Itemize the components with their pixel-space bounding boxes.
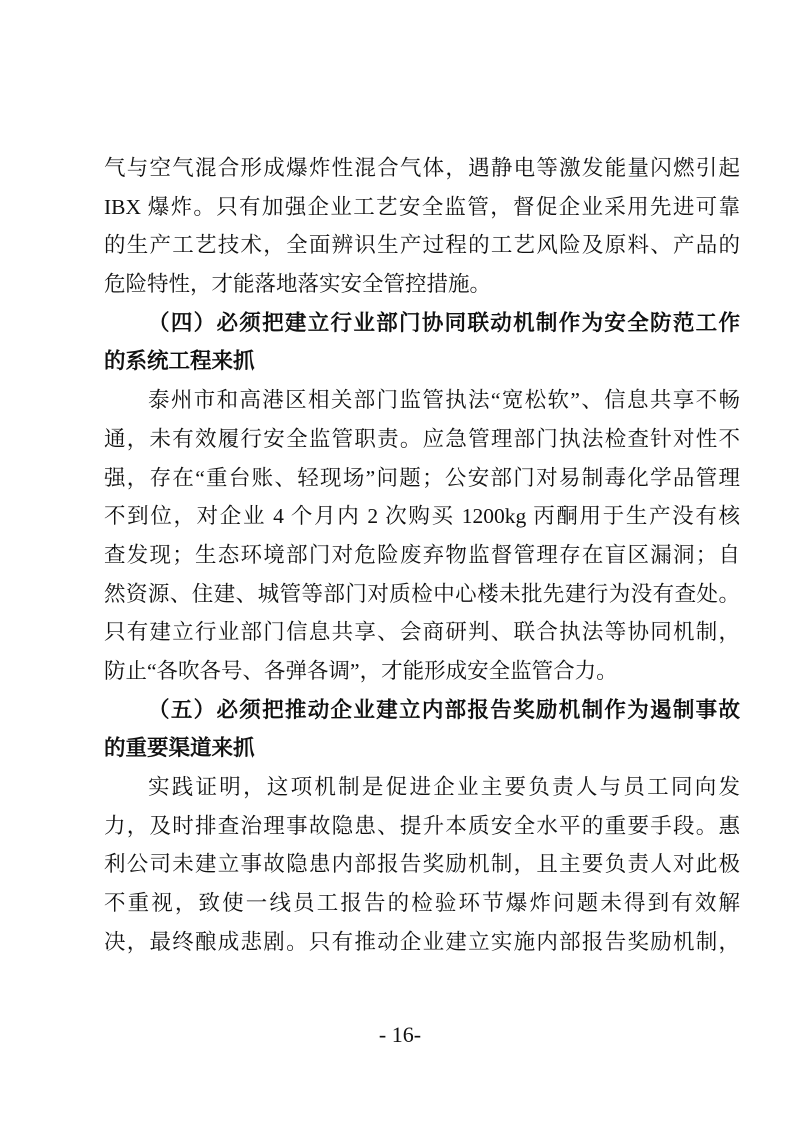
paragraph-line: 不到位，对企业 4 个月内 2 次购买 1200kg 丙酮用于生产没有核 bbox=[104, 497, 740, 536]
paragraph-line: 强，存在“重台账、轻现场”问题；公安部门对易制毒化学品管理 bbox=[104, 459, 740, 498]
paragraph-line: 然资源、住建、城管等部门对质检中心楼未批先建行为没有查处。 bbox=[104, 575, 740, 614]
document-page: 气与空气混合形成爆炸性混合气体，遇静电等激发能量闪燃引起IBX 爆炸。只有加强企… bbox=[0, 0, 800, 1131]
page-body-text: 气与空气混合形成爆炸性混合气体，遇静电等激发能量闪燃引起IBX 爆炸。只有加强企… bbox=[104, 149, 740, 961]
section-heading-line: （五）必须把推动企业建立内部报告奖励机制作为遏制事故 bbox=[104, 691, 740, 730]
page-number: - 16- bbox=[0, 1022, 800, 1048]
paragraph-line: 只有建立行业部门信息共享、会商研判、联合执法等协同机制， bbox=[104, 613, 740, 652]
paragraph-line: IBX 爆炸。只有加强企业工艺安全监管，督促企业采用先进可靠 bbox=[104, 188, 740, 227]
paragraph-line: 的生产工艺技术，全面辨识生产过程的工艺风险及原料、产品的 bbox=[104, 226, 740, 265]
paragraph-line: 决，最终酿成悲剧。只有推动企业建立实施内部报告奖励机制， bbox=[104, 923, 740, 962]
paragraph-line: 利公司未建立事故隐患内部报告奖励机制，且主要负责人对此极 bbox=[104, 845, 740, 884]
paragraph-line: 查发现；生态环境部门对危险废弃物监督管理存在盲区漏洞；自 bbox=[104, 536, 740, 575]
section-heading-line: 的重要渠道来抓 bbox=[104, 729, 740, 768]
paragraph-line: 防止“各吹各号、各弹各调”，才能形成安全监管合力。 bbox=[104, 652, 740, 691]
paragraph-line: 不重视，致使一线员工报告的检验环节爆炸问题未得到有效解 bbox=[104, 884, 740, 923]
paragraph-line: 危险特性，才能落地落实安全管控措施。 bbox=[104, 265, 740, 304]
paragraph-line: 力，及时排查治理事故隐患、提升本质安全水平的重要手段。惠 bbox=[104, 807, 740, 846]
paragraph-line: 泰州市和高港区相关部门监管执法“宽松软”、信息共享不畅 bbox=[104, 381, 740, 420]
section-heading-line: （四）必须把建立行业部门协同联动机制作为安全防范工作 bbox=[104, 304, 740, 343]
section-heading-line: 的系统工程来抓 bbox=[104, 342, 740, 381]
paragraph-line: 气与空气混合形成爆炸性混合气体，遇静电等激发能量闪燃引起 bbox=[104, 149, 740, 188]
paragraph-line: 通，未有效履行安全监管职责。应急管理部门执法检查针对性不 bbox=[104, 420, 740, 459]
paragraph-line: 实践证明，这项机制是促进企业主要负责人与员工同向发 bbox=[104, 768, 740, 807]
